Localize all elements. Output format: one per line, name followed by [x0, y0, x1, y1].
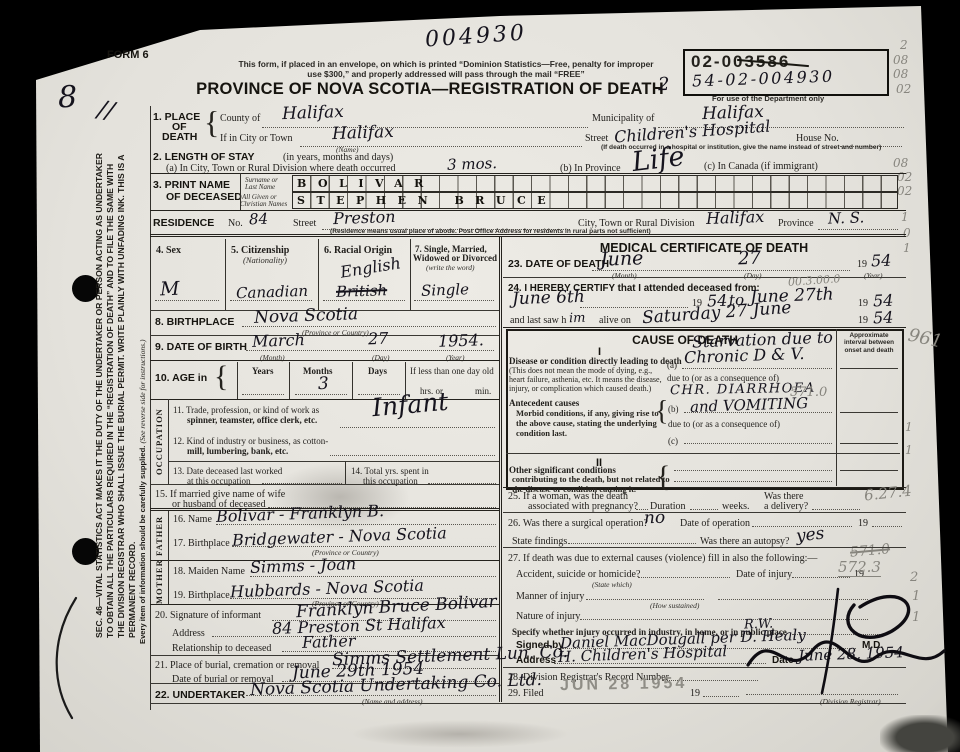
dotted-rule: [323, 300, 405, 301]
operation-date-label: Date of operation: [680, 518, 750, 529]
manner-of-injury-label: Manner of injury: [516, 591, 584, 602]
racial-origin-struck-value: British: [336, 281, 388, 301]
rule: [506, 453, 900, 454]
informant-relationship-label: Relationship to deceased: [172, 643, 271, 654]
form-number-label: FORM 6: [107, 49, 149, 61]
dotted-rule: [690, 509, 718, 510]
cause-a-label: (a): [667, 360, 677, 370]
antecedent-note: Morbid conditions, if any, giving rise t…: [516, 408, 666, 439]
pencil-note: 02: [897, 184, 912, 198]
dotted-rule: [568, 543, 696, 544]
smudge: [350, 720, 570, 748]
house-no-label: House No.: [796, 133, 839, 144]
operation-year-prefix: 19: [858, 518, 868, 529]
mother-birthplace-label: 19. Birthplace: [173, 590, 230, 601]
residence-division-label: City, Town or Rural Division: [578, 218, 695, 229]
industry-label2: mill, lumbering, bank, etc.: [187, 446, 288, 456]
registrar-signature: [742, 585, 952, 700]
total-years-label: 14. Total yrs. spent in: [351, 466, 429, 476]
age-months-value: 3: [318, 374, 330, 394]
father-birthplace-label: 17. Birthplace: [173, 538, 230, 549]
section-divider: [150, 234, 906, 237]
undertaker-note: (Name and address): [362, 697, 423, 706]
surname-label2: Last Name: [245, 183, 275, 191]
rule: [503, 547, 906, 548]
birthplace-value: Nova Scotia: [254, 304, 359, 328]
dotted-rule: [674, 470, 832, 471]
margin-pen-stroke: [46, 596, 86, 721]
physician-address-label: Address: [516, 655, 556, 666]
pencil-note: 02: [896, 82, 911, 96]
undertaker-label: 22. UNDERTAKER: [155, 689, 245, 701]
stay-city-value: 3 mos.: [447, 154, 498, 174]
racial-origin-label: 6. Racial Origin: [324, 245, 392, 256]
residence-label: RESIDENCE: [153, 217, 214, 229]
birthplace-label: 8. BIRTHPLACE: [155, 316, 234, 328]
pencil-note: 08: [893, 156, 908, 170]
rule: [168, 560, 169, 604]
title-pen-tick: 2: [658, 74, 670, 95]
residence-division-value: Halifax: [706, 207, 765, 228]
length-of-stay-sublabel: (in years, months and days): [283, 152, 393, 163]
rule: [168, 511, 169, 560]
municipality-label: Municipality of: [592, 113, 655, 124]
pencil-note: 2: [910, 570, 918, 585]
dotted-rule: [232, 546, 496, 547]
last-saw-him-value: im: [569, 311, 586, 327]
dotted-rule: [792, 577, 850, 578]
injury-date-label: Date of injury: [736, 569, 792, 580]
attended-to-year-prefix: 19: [858, 298, 868, 309]
nationality-note: (Nationality): [243, 255, 287, 265]
residence-province-label: Province: [778, 218, 814, 229]
dotted-rule: [554, 663, 766, 664]
dotted-rule: [684, 412, 832, 413]
dotted-rule: [155, 300, 219, 301]
rule: [168, 399, 169, 484]
autopsy-label: Was there an autopsy?: [700, 536, 789, 547]
death-year-value: 54: [871, 251, 892, 271]
filed-label: 29. Filed: [508, 688, 544, 699]
sidebar-supplied-note: Every item of information should be care…: [138, 446, 147, 644]
mother-strip-label: MOTHER: [151, 560, 167, 604]
sidebar-reverse-note: (See reverse side for instructions.): [138, 339, 147, 443]
other-brace: {: [656, 460, 670, 494]
pencil-note: 1: [905, 443, 913, 457]
last-worked-label: 13. Date deceased last worked: [173, 466, 282, 476]
print-name-label2: OF DECEASED: [166, 191, 242, 203]
father-strip-label: FATHER: [151, 511, 167, 560]
mother-maiden-label: 18. Maiden Name: [173, 566, 245, 577]
state-which-note: (State which): [592, 580, 632, 589]
place-of-death-label3: DEATH: [162, 131, 197, 143]
rule: [503, 277, 906, 278]
age-brace: {: [214, 360, 228, 394]
informant-address-label: Address: [172, 628, 205, 639]
residence-no-value: 84: [249, 210, 269, 229]
nature-of-injury-label: Nature of injury: [516, 611, 580, 622]
alive-year-value: 54: [873, 308, 894, 328]
rule: [318, 239, 319, 310]
county-label: County of: [220, 113, 260, 124]
antecedent-label: Antecedent causes: [509, 398, 579, 408]
pencil-injury-code: 572.3: [838, 558, 881, 577]
rule: [836, 329, 837, 486]
rule: [237, 362, 238, 399]
sex-label: 4. Sex: [156, 245, 181, 256]
rule: [503, 327, 906, 328]
mailing-notice-line1: This form, if placed in an envelope, on …: [215, 59, 677, 69]
dotted-rule: [242, 326, 496, 327]
occupation-strip-label: OCCUPATION: [151, 400, 167, 484]
dotted-rule: [586, 599, 704, 600]
pencil-note: 1: [903, 241, 911, 255]
dotted-rule: [330, 455, 495, 456]
corner-pen-mark: 8: [57, 80, 77, 116]
rule: [352, 362, 353, 399]
rule: [150, 703, 906, 704]
autopsy-value: yes: [795, 524, 825, 547]
birth-day-value: 27: [368, 329, 389, 349]
medical-certificate-title: MEDICAL CERTIFICATE OF DEATH: [505, 241, 903, 255]
rule: [410, 239, 411, 310]
residence-street-label: Street: [293, 218, 316, 229]
rule: [225, 239, 226, 310]
dotted-rule: [262, 127, 588, 128]
given-names-value: STEPHEN BRUCE: [297, 194, 557, 207]
marital-value: Single: [421, 280, 470, 300]
city-town-value: Halifax: [332, 122, 395, 144]
pencil-note: 08: [893, 67, 908, 81]
scan-thumb-shadow: [880, 715, 960, 752]
death-month-value: June: [600, 247, 644, 270]
dotted-rule: [414, 300, 494, 301]
length-of-stay-label: 2. LENGTH OF STAY: [153, 151, 255, 163]
rule: [840, 412, 898, 413]
dotted-rule: [230, 300, 312, 301]
leading-cause-note: (This does not mean the mode of dying, e…: [509, 366, 665, 394]
surname-value: BOLIVAR: [297, 177, 435, 190]
print-name-label: 3. PRINT NAME: [153, 179, 230, 191]
industry-label: 12. Kind of industry or business, as cot…: [173, 436, 328, 446]
cause-due-to-label2: due to (or as a consequence of): [668, 419, 780, 429]
stay-canada-label: (c) In Canada (if immigrant): [704, 161, 818, 172]
attended-from-value: June 6th: [512, 287, 585, 310]
external-causes-label: 27. If death was due to external causes …: [508, 553, 817, 564]
dotted-rule: [703, 696, 739, 697]
rule: [289, 362, 290, 399]
filed-date-stamp: JUN 28 1954: [560, 675, 688, 695]
operation-value: no: [644, 508, 666, 529]
age-less-label: If less than one day old: [410, 366, 494, 376]
death-year-prefix: 19: [857, 259, 867, 270]
date-of-death-label: 23. DATE OF DEATH: [508, 258, 609, 270]
pencil-note: 1: [905, 420, 913, 434]
department-box-caption: For use of the Department only: [712, 94, 824, 103]
sex-value: M: [160, 278, 180, 301]
street-label: Street: [585, 133, 608, 144]
dotted-rule: [818, 229, 898, 230]
sidebar-sec46-text: SEC. 46—VITAL STATISTICS ACT MAKES IT TH…: [94, 150, 138, 638]
operation-label: 26. Was there a surgical operation?: [508, 518, 648, 529]
county-value: Halifax: [282, 102, 345, 124]
dotted-rule: [340, 427, 495, 428]
scan-root: { "page": { "form_label": "FORM 6", "ser…: [0, 0, 960, 752]
dotted-rule: [812, 509, 860, 510]
pregnancy-label2: associated with pregnancy?: [528, 501, 638, 512]
rule: [503, 487, 906, 488]
marital-note: (write the word): [426, 263, 474, 272]
informant-signature-label: 20. Signature of informant: [155, 610, 261, 621]
dotted-rule: [638, 577, 730, 578]
date-of-birth-label: 9. DATE OF BIRTH: [155, 341, 247, 353]
dotted-rule: [246, 695, 496, 696]
death-year-note: (Year): [864, 271, 882, 280]
occupation-kind-label2: spinner, teamster, office clerk, etc.: [187, 415, 317, 425]
rule: [150, 484, 499, 485]
cause-b-brace: {: [655, 396, 668, 428]
father-name-label: 16. Name: [173, 514, 212, 525]
residence-street-value: Preston: [333, 207, 396, 228]
mailing-notice-line2: use $300,” and properly addressed will p…: [215, 69, 677, 79]
death-day-note: (Day): [744, 271, 762, 280]
pencil-note: 2: [900, 38, 908, 52]
accident-label: Accident, suicide or homicide?: [516, 569, 640, 580]
residence-no-label: No.: [228, 218, 243, 229]
rule: [840, 443, 898, 444]
age-min-label: min.: [475, 386, 491, 396]
signed-by-label: Signed by: [516, 640, 564, 651]
residence-province-value: N. S.: [828, 208, 865, 227]
dotted-rule: [216, 524, 496, 525]
age-days-label: Days: [368, 366, 387, 376]
death-month-note: (Month): [612, 271, 637, 280]
birth-month-value: March: [252, 330, 305, 351]
age-years-label: Years: [252, 366, 274, 376]
dotted-rule: [300, 146, 582, 147]
occupation-kind-label: 11. Trade, profession, or kind of work a…: [173, 405, 319, 415]
given-names-label2: Christian Names: [240, 200, 287, 208]
alive-on-label: alive on: [599, 315, 631, 326]
age-label: 10. AGE in: [155, 372, 207, 384]
dotted-rule: [674, 481, 832, 482]
pencil-note: 0: [903, 226, 911, 240]
place-brace: {: [204, 104, 219, 141]
rule: [840, 368, 898, 369]
birth-year-value: 1954.: [438, 330, 484, 351]
findings-label: State findings: [512, 536, 567, 547]
dotted-rule: [242, 394, 284, 395]
rule: [840, 470, 898, 471]
delivery-label2: a delivery?: [764, 501, 808, 512]
death-day-value: 27: [738, 248, 762, 270]
rule: [168, 461, 499, 462]
dotted-rule: [295, 394, 347, 395]
pencil-note: 08: [893, 53, 908, 67]
dotted-rule: [246, 350, 494, 351]
form-title: PROVINCE OF NOVA SCOTIA—REGISTRATION OF …: [196, 80, 664, 99]
last-saw-label: and last saw h: [510, 315, 566, 326]
dotted-rule: [872, 526, 902, 527]
column-divider: [499, 237, 502, 702]
how-sustained-note: (How sustained): [650, 601, 699, 610]
filed-year-prefix: 19: [690, 688, 700, 699]
alive-year-prefix: 19: [858, 315, 868, 326]
city-town-label: If in City or Town: [220, 133, 292, 144]
dotted-rule: [682, 368, 832, 369]
dotted-rule: [592, 270, 850, 271]
cause-c-label: (c): [668, 436, 678, 446]
cause-b-label: (b): [668, 404, 679, 414]
weeks-label: weeks.: [722, 501, 750, 512]
marital-label2: Widowed or Divorced: [413, 253, 497, 263]
rule: [150, 360, 499, 361]
rule: [345, 461, 346, 484]
mother-maiden-value: Simms - Joan: [250, 554, 357, 577]
leading-cause-label: Disease or condition directly leading to…: [509, 356, 682, 366]
rule: [503, 512, 906, 513]
rule: [150, 173, 906, 174]
pencil-note: 1: [901, 210, 909, 224]
dotted-rule: [684, 443, 832, 444]
interval-header: Approximate interval between onset and d…: [840, 332, 898, 354]
